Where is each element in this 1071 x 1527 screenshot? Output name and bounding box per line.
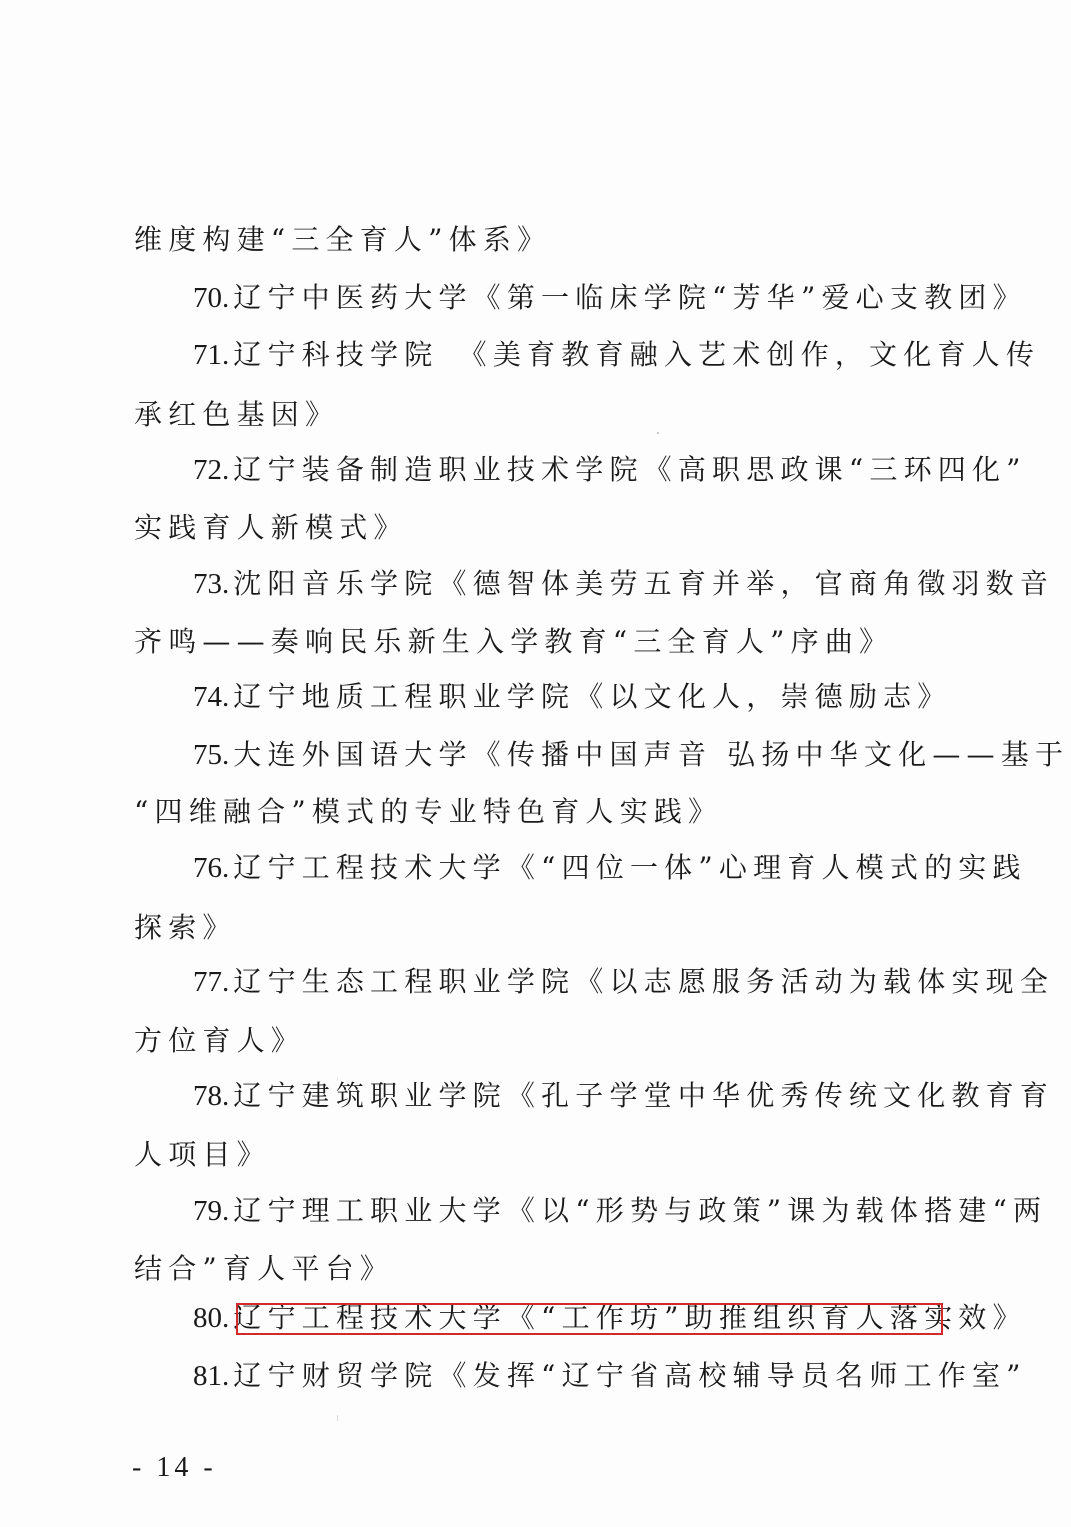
list-item-continuation: “四维融合”模式的专业特色育人实践》 bbox=[134, 794, 722, 830]
line-text: 方位育人》 bbox=[134, 1024, 305, 1057]
line-text: 辽宁建筑职业学院《孔子学堂中华优秀传统文化教育育 bbox=[233, 1079, 1054, 1112]
line-text: 辽宁工程技术大学《“四位一体”心理育人模式的实践 bbox=[233, 851, 1026, 884]
line-text: 大连外国语大学《传播中国声音 弘扬中华文化——基于 bbox=[233, 738, 1069, 771]
list-item-78: 78.辽宁建筑职业学院《孔子学堂中华优秀传统文化教育育 bbox=[193, 1078, 1054, 1114]
line-text: 辽宁地质工程职业学院《以文化人，崇德励志》 bbox=[233, 680, 951, 713]
list-item-continuation: 维度构建“三全育人”体系》 bbox=[134, 222, 551, 258]
line-text: 沈阳音乐学院《德智体美劳五育并举，官商角徵羽数音 bbox=[233, 567, 1054, 600]
list-item-72: 72.辽宁装备制造职业技术学院《高职思政课“三环四化” bbox=[193, 452, 1027, 488]
list-item-70: 70.辽宁中医药大学《第一临床学院“芳华”爱心支教团》 bbox=[193, 280, 1027, 316]
list-item-79: 79.辽宁理工职业大学《以“形势与政策”课为载体搭建“两 bbox=[193, 1193, 1047, 1229]
list-item-continuation: 探索》 bbox=[134, 910, 237, 946]
list-item-77: 77.辽宁生态工程职业学院《以志愿服务活动为载体实现全 bbox=[193, 964, 1054, 1000]
scan-speck bbox=[337, 1077, 338, 1081]
item-number: 75. bbox=[193, 739, 229, 771]
item-number: 74. bbox=[193, 681, 229, 713]
list-item-continuation: 方位育人》 bbox=[134, 1023, 305, 1059]
line-text: 探索》 bbox=[134, 911, 237, 944]
line-text: 齐鸣——奏响民乐新生入学教育“三全育人”序曲》 bbox=[134, 625, 893, 658]
list-item-continuation: 人项目》 bbox=[134, 1137, 271, 1173]
item-number: 80. bbox=[193, 1302, 229, 1334]
item-number: 70. bbox=[193, 282, 229, 314]
list-item-continuation: 承红色基因》 bbox=[134, 397, 339, 433]
list-item-71: 71.辽宁科技学院 《美育教育融入艺术创作，文化育人传 bbox=[193, 337, 1040, 373]
line-text: 辽宁工程技术大学《“工作坊”助推组织育人落实效》 bbox=[233, 1301, 1026, 1334]
item-number: 76. bbox=[193, 852, 229, 884]
line-text: 维度构建“三全育人”体系》 bbox=[134, 223, 551, 256]
item-number: 77. bbox=[193, 966, 229, 998]
list-item-73: 73.沈阳音乐学院《德智体美劳五育并举，官商角徵羽数音 bbox=[193, 566, 1054, 602]
list-item-continuation: 结合”育人平台》 bbox=[134, 1251, 394, 1287]
item-number: 73. bbox=[193, 568, 229, 600]
line-text: 结合”育人平台》 bbox=[134, 1252, 394, 1285]
scan-speck bbox=[337, 1415, 338, 1421]
line-text: 人项目》 bbox=[134, 1138, 271, 1171]
item-number: 79. bbox=[193, 1195, 229, 1227]
line-text: 辽宁生态工程职业学院《以志愿服务活动为载体实现全 bbox=[233, 965, 1054, 998]
list-item-74: 74.辽宁地质工程职业学院《以文化人，崇德励志》 bbox=[193, 679, 951, 715]
list-item-76: 76.辽宁工程技术大学《“四位一体”心理育人模式的实践 bbox=[193, 850, 1027, 886]
item-number: 71. bbox=[193, 339, 229, 371]
item-number: 78. bbox=[193, 1080, 229, 1112]
line-text: 辽宁科技学院 《美育教育融入艺术创作，文化育人传 bbox=[233, 338, 1040, 371]
list-item-81: 81.辽宁财贸学院《发挥“辽宁省高校辅导员名师工作室” bbox=[193, 1358, 1027, 1394]
item-number: 72. bbox=[193, 454, 229, 486]
document-page: 维度构建“三全育人”体系》 70.辽宁中医药大学《第一临床学院“芳华”爱心支教团… bbox=[0, 0, 1071, 1527]
line-text: “四维融合”模式的专业特色育人实践》 bbox=[134, 795, 722, 828]
list-item-80-highlighted: 80.辽宁工程技术大学《“工作坊”助推组织育人落实效》 bbox=[193, 1300, 1027, 1336]
line-text: 实践育人新模式》 bbox=[134, 511, 408, 544]
item-number: 81. bbox=[193, 1360, 229, 1392]
list-item-continuation: 齐鸣——奏响民乐新生入学教育“三全育人”序曲》 bbox=[134, 624, 893, 660]
line-text: 辽宁中医药大学《第一临床学院“芳华”爱心支教团》 bbox=[233, 281, 1026, 314]
scan-speck bbox=[657, 432, 659, 434]
page-number: - 14 - bbox=[132, 1452, 217, 1484]
list-item-continuation: 实践育人新模式》 bbox=[134, 510, 408, 546]
line-text: 辽宁财贸学院《发挥“辽宁省高校辅导员名师工作室” bbox=[233, 1359, 1026, 1392]
line-text: 辽宁装备制造职业技术学院《高职思政课“三环四化” bbox=[233, 453, 1026, 486]
list-item-75: 75.大连外国语大学《传播中国声音 弘扬中华文化——基于 bbox=[193, 737, 1069, 773]
line-text: 承红色基因》 bbox=[134, 398, 339, 431]
line-text: 辽宁理工职业大学《以“形势与政策”课为载体搭建“两 bbox=[233, 1194, 1047, 1227]
